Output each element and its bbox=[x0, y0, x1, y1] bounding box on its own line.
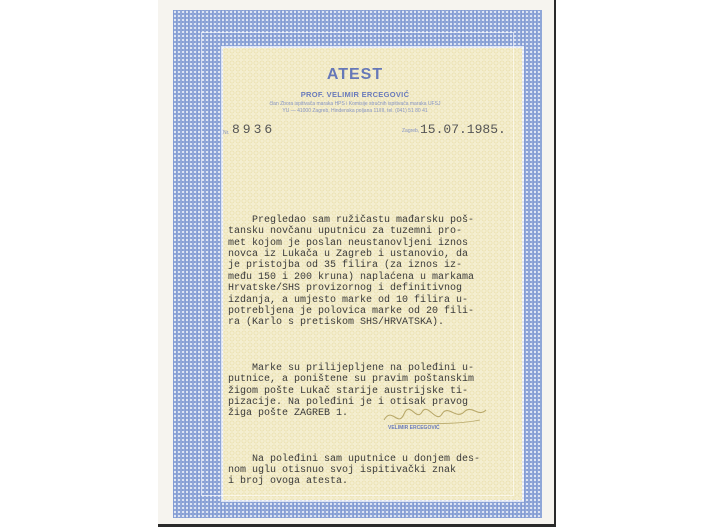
place-label: Zagreb, bbox=[402, 128, 419, 134]
examiner-affiliation: član Zbora ispitivača maraka HPS i Komis… bbox=[0, 101, 710, 107]
number-label: Nr. bbox=[223, 130, 229, 136]
certificate-body: Pregledao sam ružičastu mađarsku poš- ta… bbox=[228, 192, 508, 510]
signature-name: VELIMIR ERCEGOVIĆ bbox=[388, 425, 440, 431]
examiner-name: PROF. VELIMIR ERCEGOVIĆ bbox=[0, 90, 710, 99]
certificate-number: 8936 bbox=[232, 122, 275, 137]
paragraph-1: Pregledao sam ružičastu mađarsku poš- ta… bbox=[228, 215, 508, 329]
certificate-date: 15.07.1985. bbox=[420, 122, 506, 137]
paragraph-3: Na poleđini sam uputnice u donjem des- n… bbox=[228, 454, 508, 488]
certificate-title: ATEST bbox=[0, 66, 710, 84]
examiner-address: YU — 41000 Zagreb, Hindenska poljana 11/… bbox=[0, 108, 710, 114]
